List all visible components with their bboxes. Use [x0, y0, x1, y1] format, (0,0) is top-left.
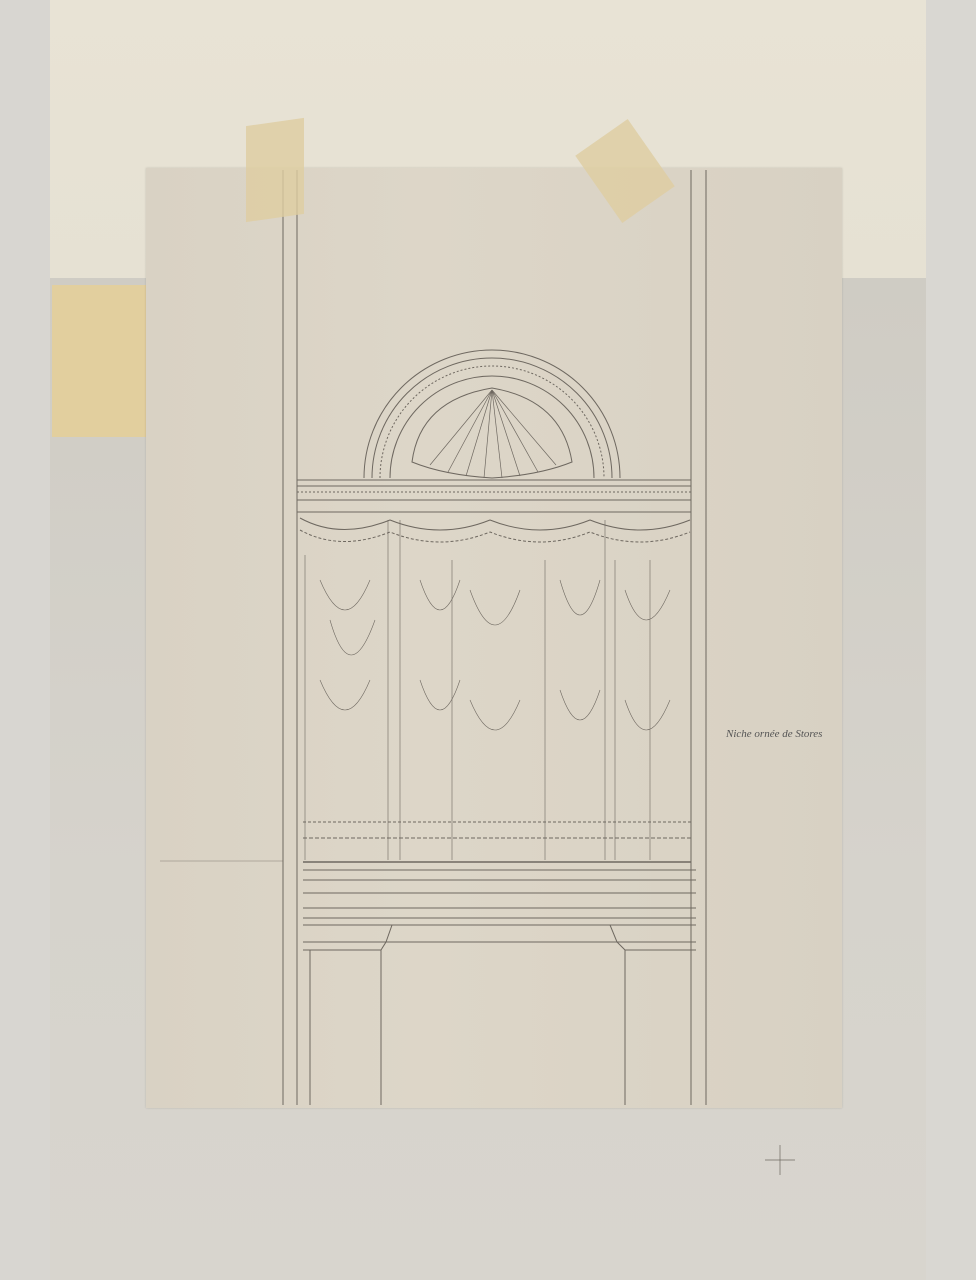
tape-left	[246, 118, 304, 222]
handwritten-annotation: Niche ornée de Stores	[726, 728, 822, 740]
drawing-linework	[0, 0, 976, 1280]
